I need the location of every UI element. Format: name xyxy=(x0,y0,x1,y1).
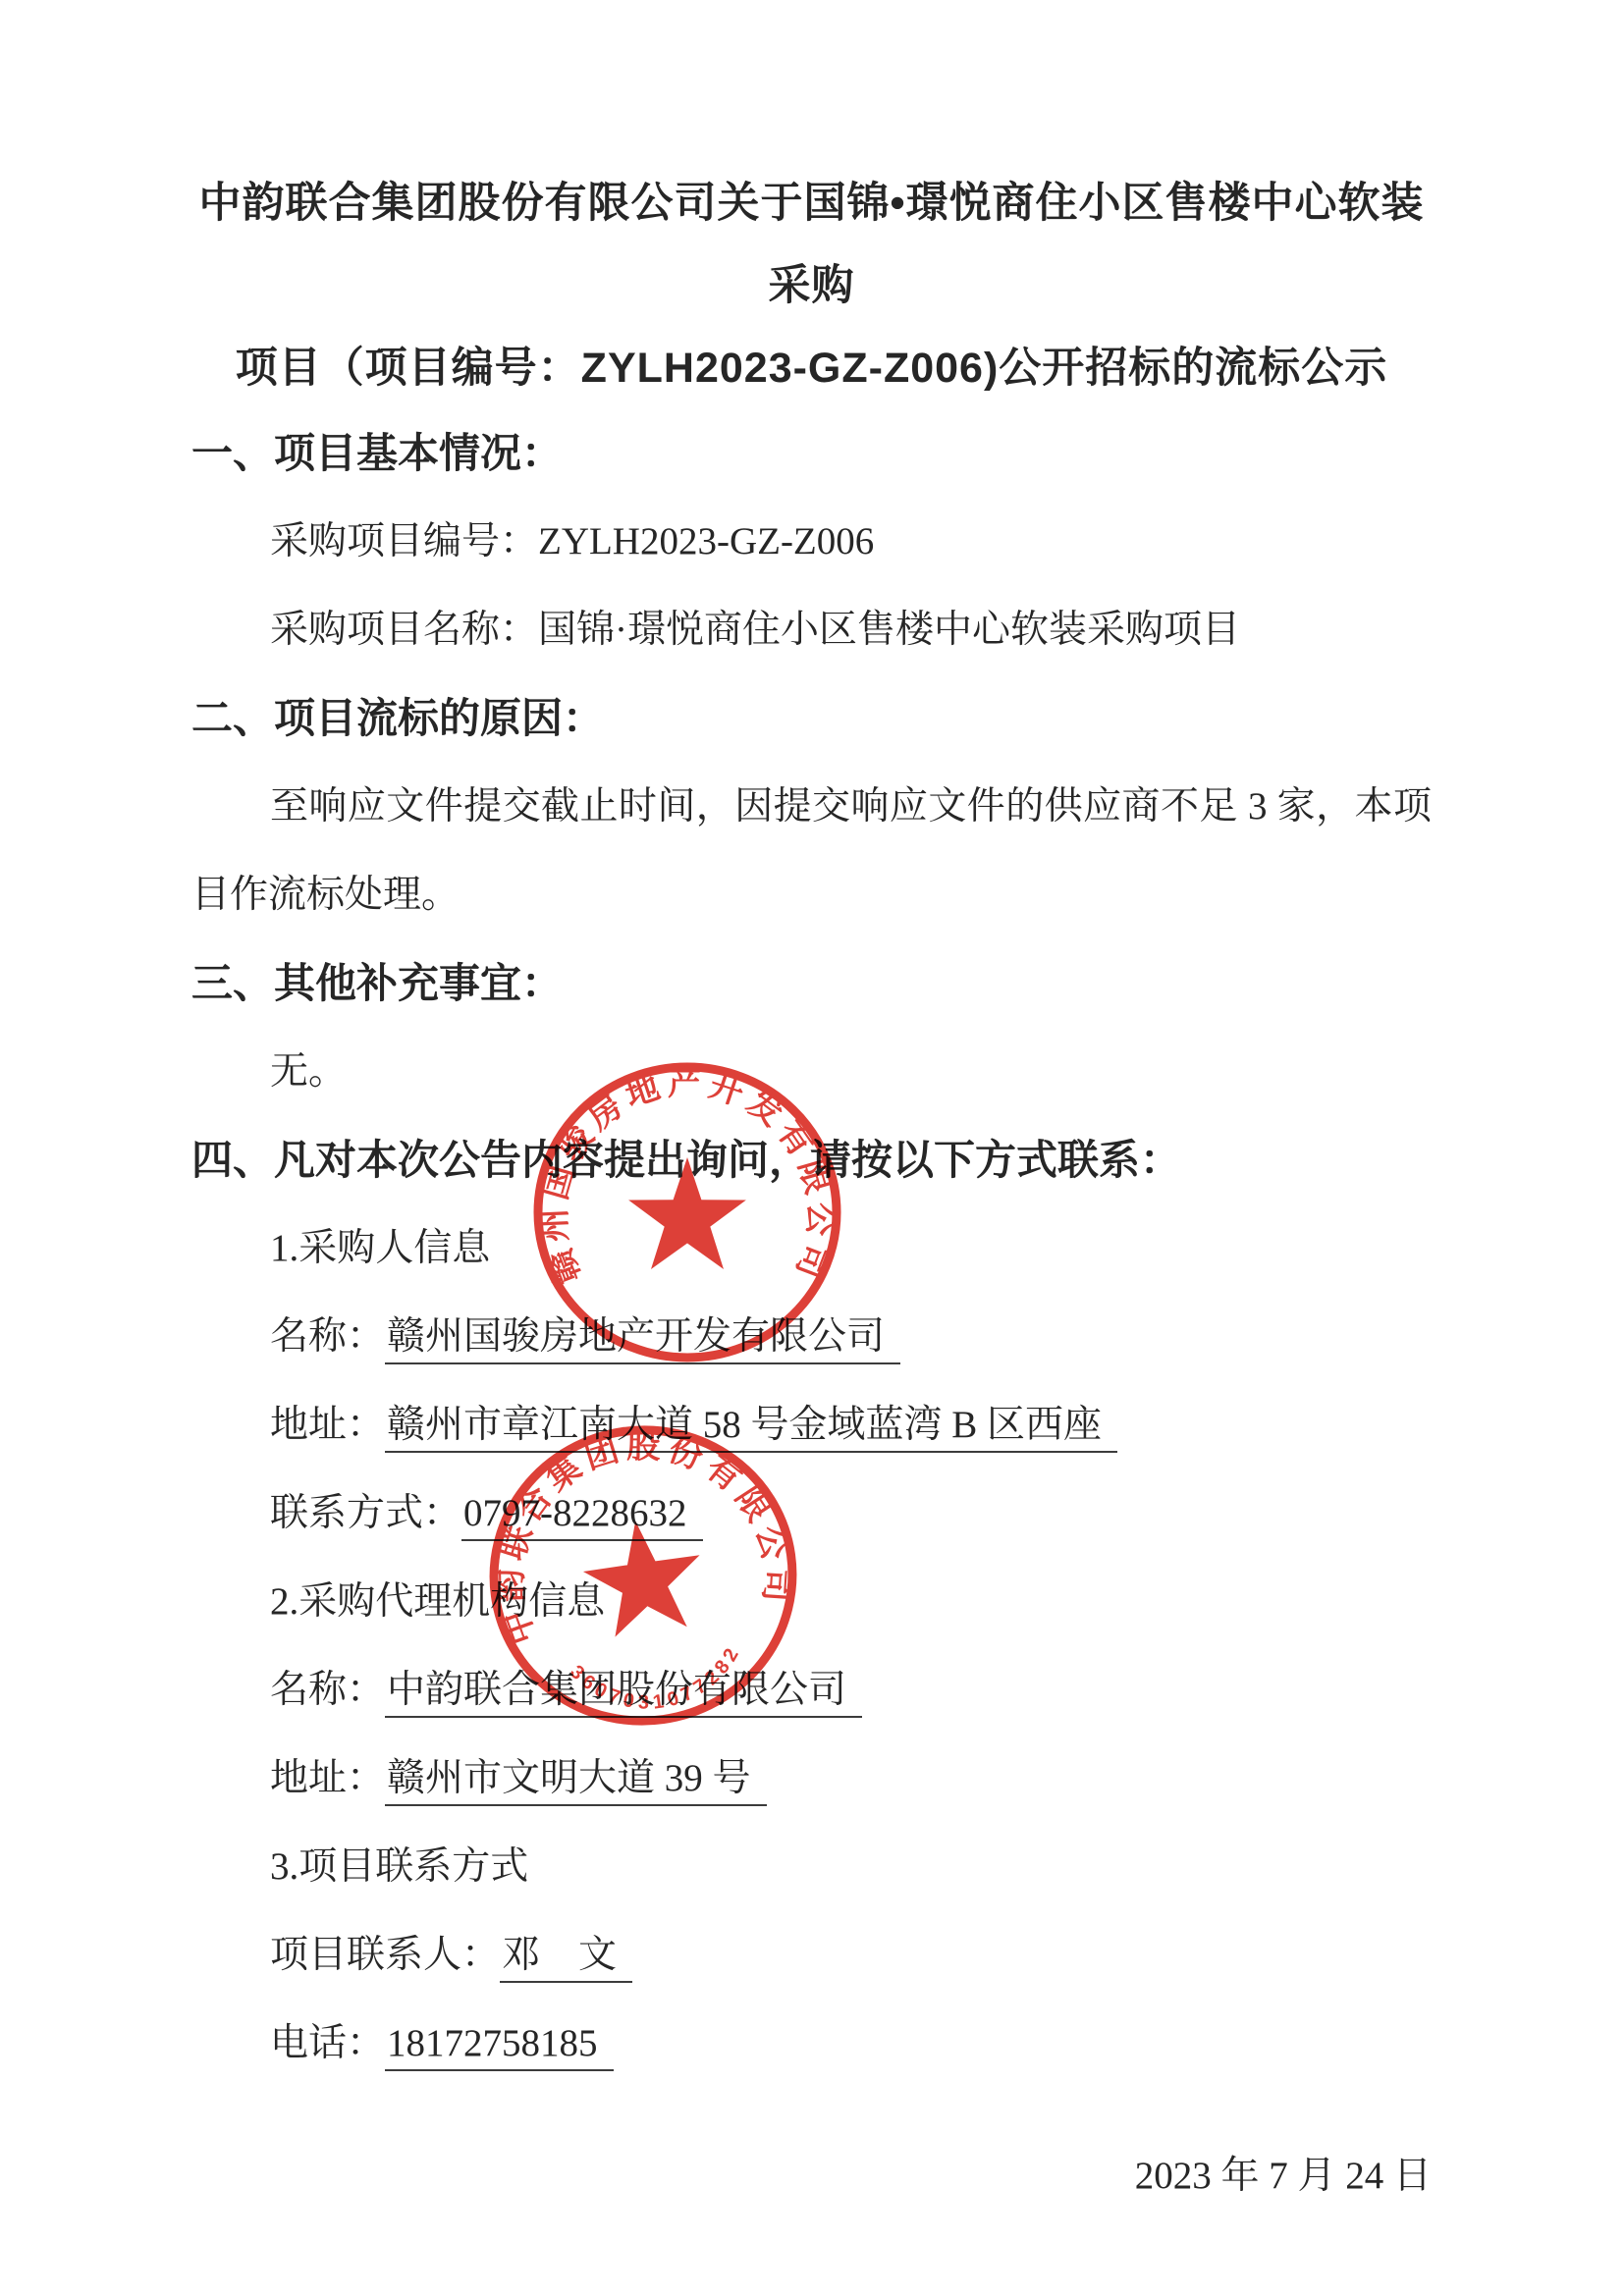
seal-star-icon xyxy=(628,1157,746,1269)
purchaser-seal-stamp: 赣州国骏房地产开发有限公司 xyxy=(520,1050,854,1374)
purchaser-address-line: 地址：赣州市章江南大道 58 号金域蓝湾 B 区西座 xyxy=(191,1381,1432,1469)
project-contact-person-label: 项目联系人： xyxy=(270,1934,500,1976)
project-contact-title: 3.项目联系方式 xyxy=(191,1823,1432,1911)
title-line-2: 项目（项目编号：ZYLH2023-GZ-Z006)公开招标的流标公示 xyxy=(191,327,1432,409)
document-page: 中韵联合集团股份有限公司关于国锦•璟悦商住小区售楼中心软装采购 项目（项目编号：… xyxy=(0,0,1624,2296)
purchaser-telephone-label: 联系方式： xyxy=(270,1492,461,1534)
agency-address-label: 地址： xyxy=(270,1757,385,1799)
agency-seal-stamp: 中韵联合集团股份有限公司 3607031077282 xyxy=(456,1392,832,1759)
section-1-heading: 一、项目基本情况： xyxy=(191,409,1432,498)
document-date: 2023 年 7 月 24 日 xyxy=(191,2132,1432,2220)
seal-star-icon xyxy=(577,1513,709,1640)
agency-name-label: 名称： xyxy=(270,1669,385,1711)
project-code-line: 采购项目编号：ZYLH2023-GZ-Z006 xyxy=(191,498,1432,586)
agency-address-value: 赣州市文明大道 39 号 xyxy=(385,1757,767,1806)
project-contact-person-line: 项目联系人：邓 文 xyxy=(191,1911,1432,2000)
agency-address-line: 地址：赣州市文明大道 39 号 xyxy=(191,1735,1432,1823)
project-phone-label: 电话： xyxy=(270,2022,385,2064)
section-3-heading: 三、其他补充事宜： xyxy=(191,939,1432,1028)
purchaser-name-label: 名称： xyxy=(270,1315,385,1358)
reason-paragraph: 至响应文件提交截止时间，因提交响应文件的供应商不足 3 家，本项目作流标处理。 xyxy=(191,763,1432,939)
project-phone-value: 18172758185 xyxy=(385,2022,614,2071)
project-name-line: 采购项目名称：国锦·璟悦商住小区售楼中心软装采购项目 xyxy=(191,586,1432,674)
section-2-heading: 二、项目流标的原因： xyxy=(191,674,1432,763)
purchaser-address-label: 地址： xyxy=(270,1404,385,1446)
title-line-1: 中韵联合集团股份有限公司关于国锦•璟悦商住小区售楼中心软装采购 xyxy=(191,162,1432,327)
document-title: 中韵联合集团股份有限公司关于国锦•璟悦商住小区售楼中心软装采购 项目（项目编号：… xyxy=(191,162,1432,409)
project-phone-line: 电话：18172758185 xyxy=(191,2000,1432,2088)
purchaser-telephone-line: 联系方式：0797-8228632 xyxy=(191,1469,1432,1558)
project-contact-person-value: 邓 文 xyxy=(500,1934,632,1983)
